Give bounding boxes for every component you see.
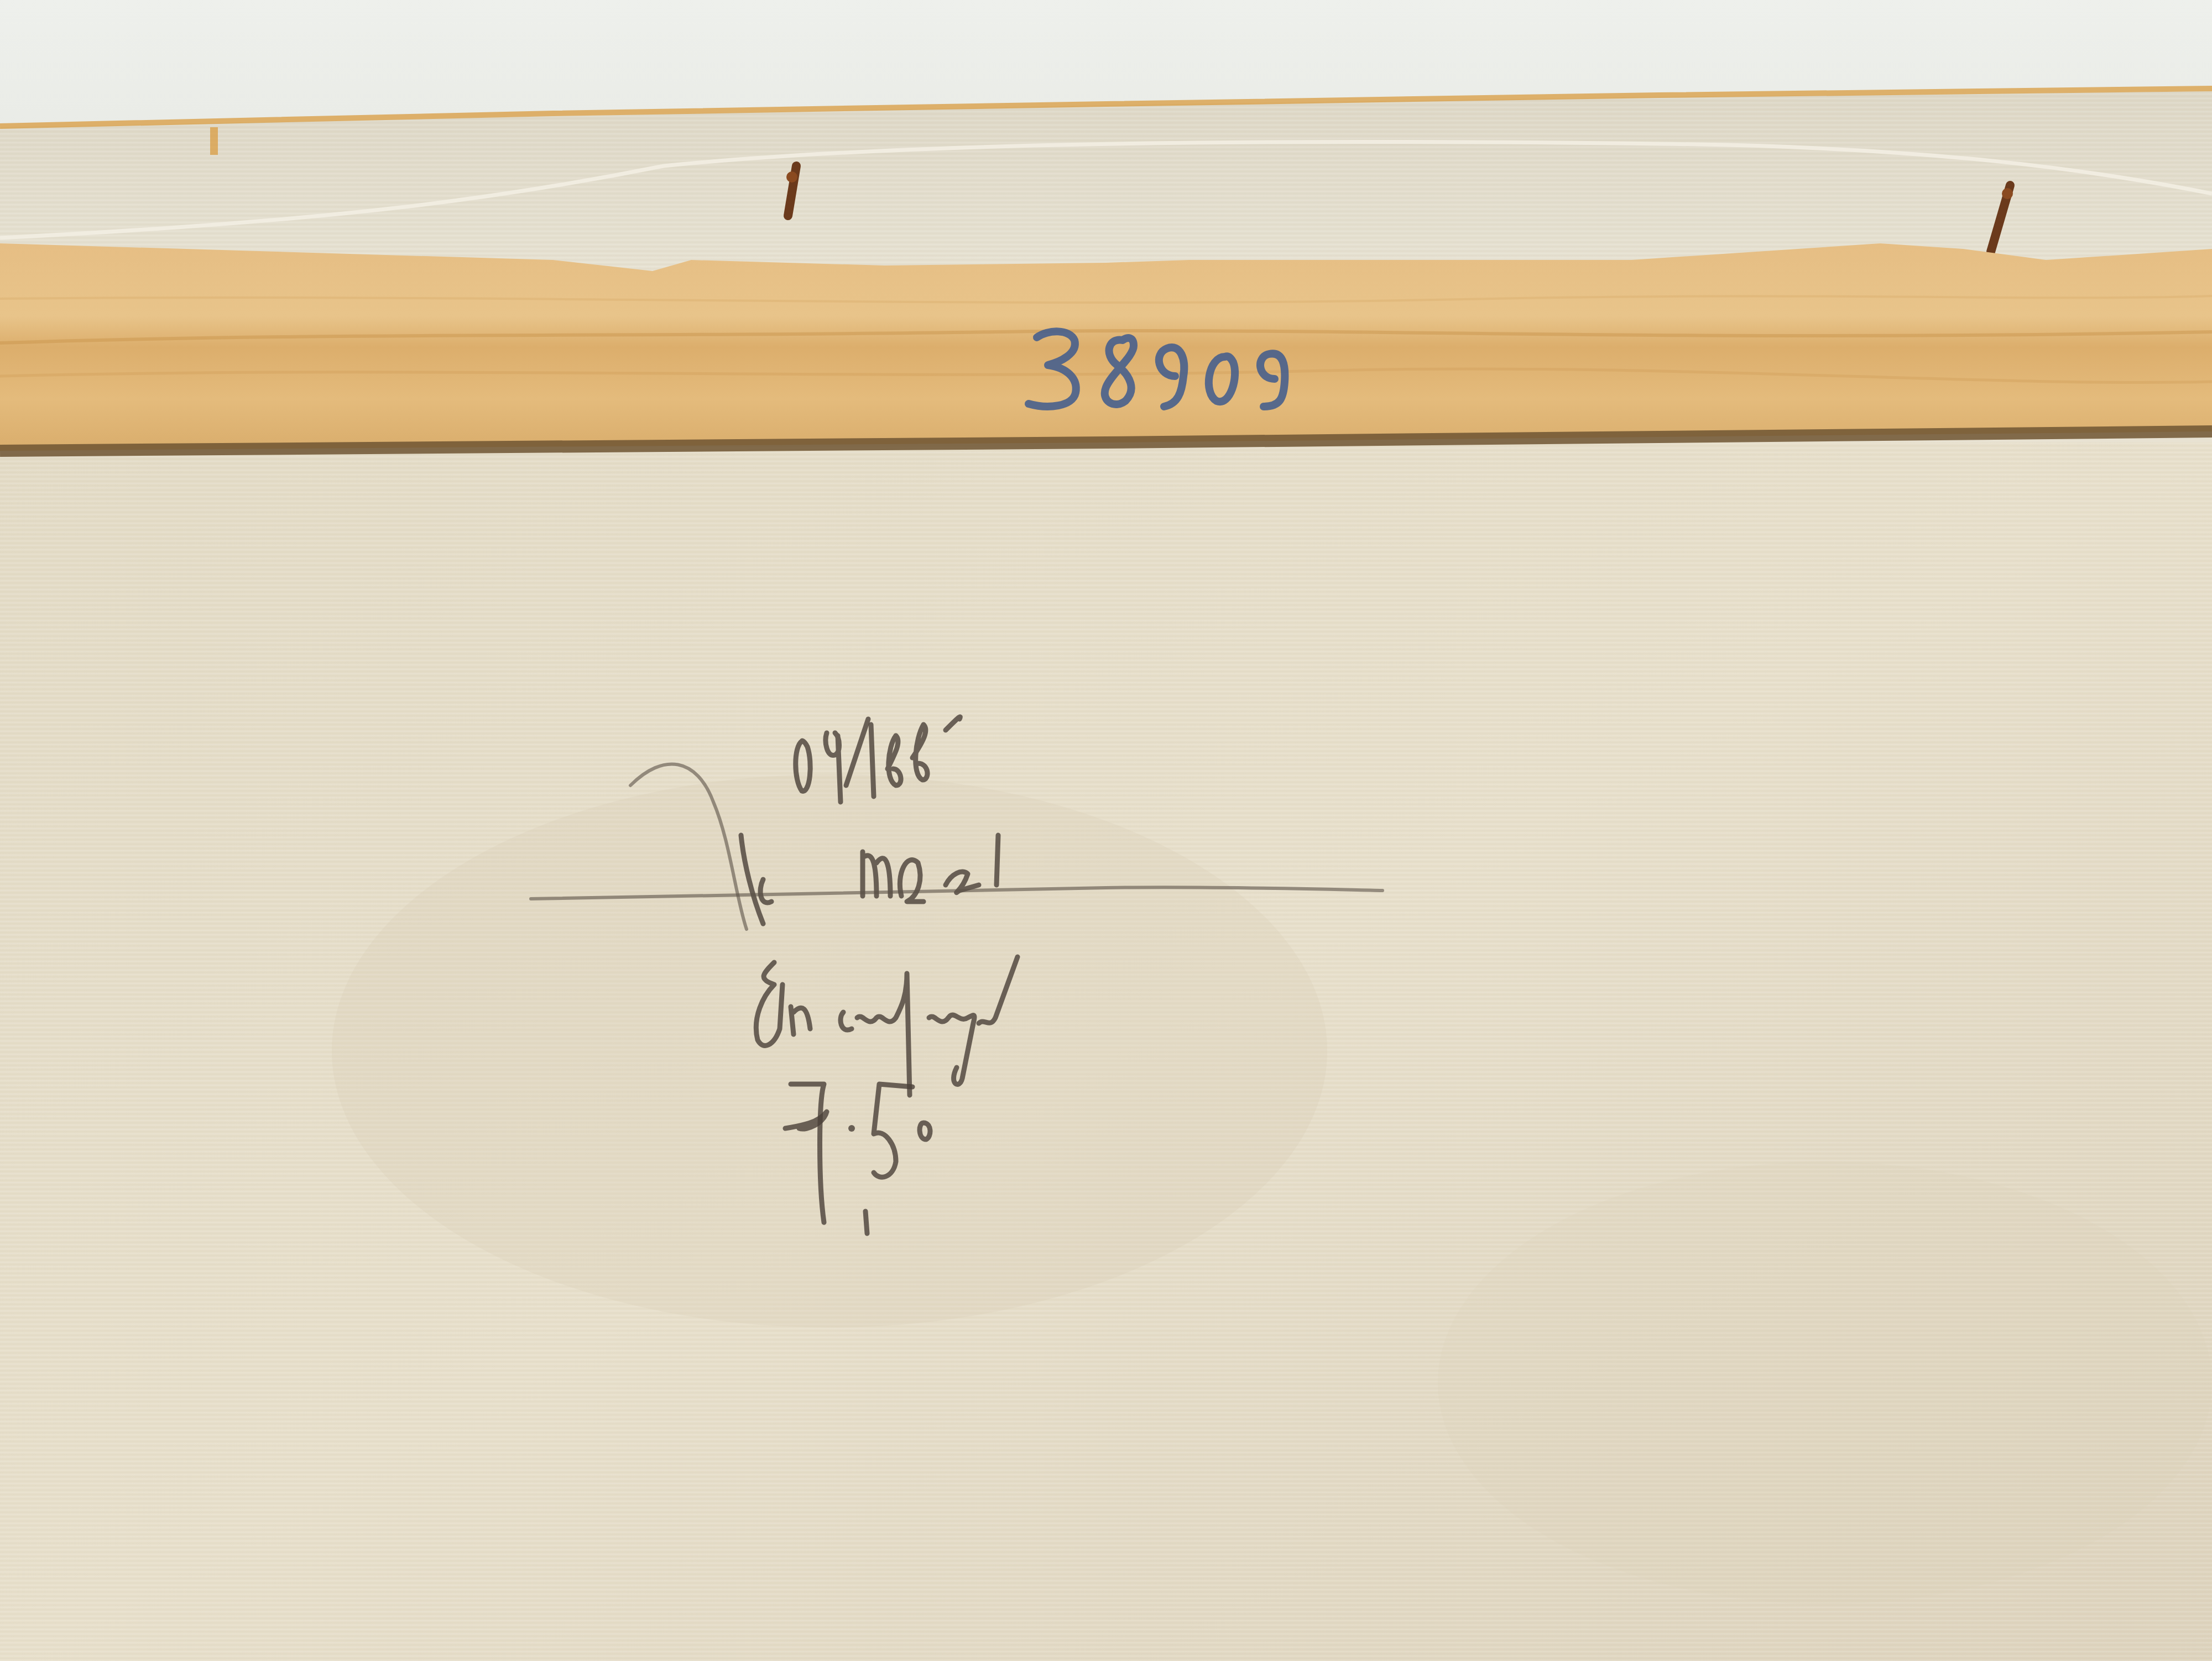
canvas-back-photo (0, 0, 2212, 1661)
